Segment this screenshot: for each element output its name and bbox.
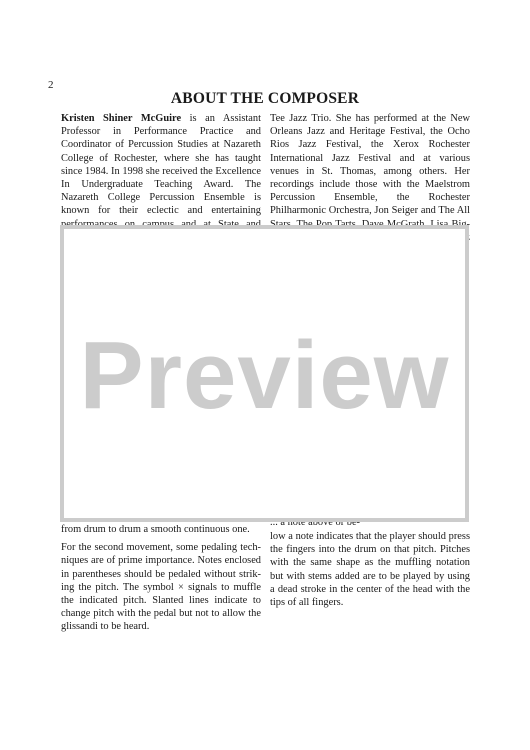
pedaling-paragraph: For the second movement, some pedaling t…	[61, 541, 261, 633]
muffling-paragraph: low a note indicates that the player sho…	[270, 530, 470, 609]
page-title: ABOUT THE COMPOSER	[60, 90, 470, 108]
bio-text: is an Assistant Profes­sor in Performanc…	[61, 113, 261, 243]
preview-watermark-box: Preview	[60, 225, 469, 522]
page-number: 2	[48, 79, 54, 91]
performance-notes-right: ... a note above or be- low a note indic…	[270, 523, 470, 615]
composer-name: Kristen Shiner McGuire	[61, 113, 181, 124]
clipped-line: ... a note above or be-	[270, 522, 470, 530]
performance-notes-left: from drum to drum a smooth continuous on…	[61, 523, 261, 640]
preview-watermark-label: Preview	[80, 321, 450, 431]
clipped-line: from drum to drum a smooth continuous on…	[61, 523, 261, 536]
